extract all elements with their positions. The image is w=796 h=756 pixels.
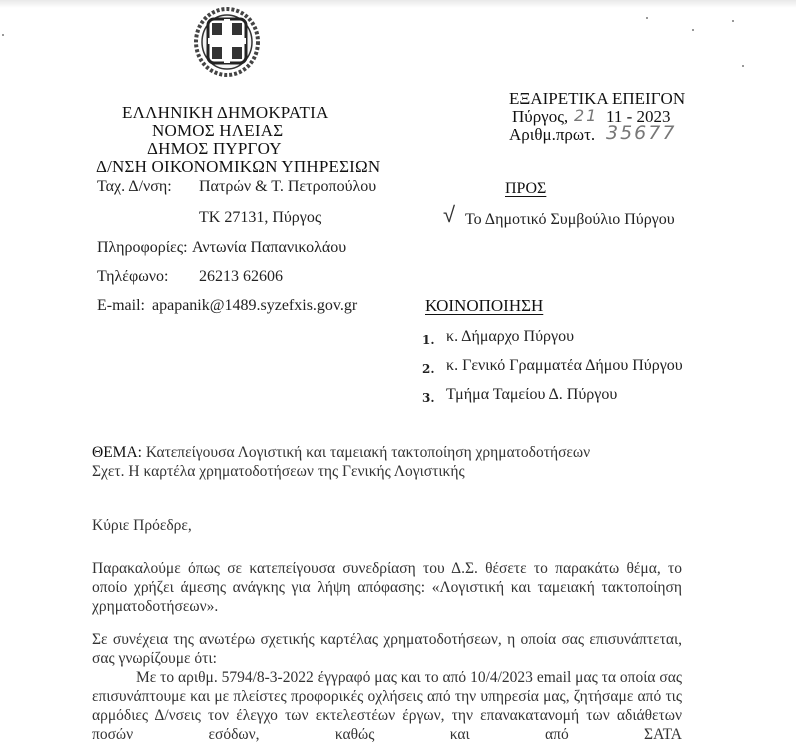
recipient-name: Το Δημοτικό Συμβούλιο Πύργου xyxy=(465,211,675,229)
cc-item-3-number: 3. xyxy=(422,391,435,405)
date-label: Πύργος, xyxy=(512,107,568,127)
address-value: Πατρών & Τ. Πετροπούλου xyxy=(199,178,376,196)
protocol-label: Αριθμ.πρωτ. xyxy=(509,125,595,145)
cc-item-2-number: 2. xyxy=(422,362,435,376)
scan-speck xyxy=(732,20,734,22)
letterhead-department: Δ/ΝΣΗ ΟΙΚΟΝΟΜΙΚΩΝ ΥΠΗΡΕΣΙΩΝ xyxy=(96,157,380,177)
letterhead-country: ΕΛΛΗΝΙΚΗ ΔΗΜΟΚΡΑΤΙΑ xyxy=(122,103,328,123)
cc-heading: ΚΟΙΝΟΠΟΙΗΣΗ xyxy=(425,296,543,316)
cc-item-1: κ. Δήμαρχο Πύργου xyxy=(446,328,574,346)
address-label: Ταχ. Δ/νση: xyxy=(97,178,172,196)
subject-text: Κατεπείγουσα Λογιστική και ταμειακή τακτ… xyxy=(146,444,590,461)
protocol-number-handwritten: 35677 xyxy=(606,122,676,144)
phone-value: 26213 62606 xyxy=(199,268,283,286)
postal-code: ΤΚ 27131, Πύργος xyxy=(199,209,321,227)
scan-speck xyxy=(646,17,648,19)
email-label: E-mail: xyxy=(97,297,145,315)
cc-item-1-number: 1. xyxy=(422,333,435,347)
recipient-heading: ΠΡΟΣ xyxy=(505,180,546,198)
scan-speck xyxy=(692,29,694,31)
subject-reference: Σχετ. Η καρτέλα χρηματοδοτήσεων της Γενι… xyxy=(92,462,465,481)
cc-item-2: κ. Γενικό Γραμματέα Δήμου Πύργου xyxy=(446,357,683,375)
paragraph-1: Παρακαλούμε όπως σε κατεπείγουσα συνεδρί… xyxy=(92,559,682,616)
greek-coat-of-arms-icon xyxy=(193,5,261,77)
info-value: Αντωνία Παπανικολάου xyxy=(192,239,346,257)
paragraph-2: Σε συνέχεια της ανωτέρω σχετικής καρτέλα… xyxy=(92,630,682,668)
scan-top-edge xyxy=(0,0,796,8)
paragraph-3: Με το αριθμ. 5794/8-3-2022 έγγραφό μας κ… xyxy=(92,668,682,744)
checkmark-icon: √ xyxy=(443,202,457,228)
cc-item-3: Τμήμα Ταμείου Δ. Πύργου xyxy=(446,386,617,404)
scan-speck xyxy=(2,34,4,36)
letterhead-prefecture: ΝΟΜΟΣ ΗΛΕΙΑΣ xyxy=(152,121,283,141)
date-day-handwritten: 21 xyxy=(574,106,598,125)
letterhead-municipality: ΔΗΜΟΣ ΠΥΡΓΟΥ xyxy=(147,139,282,159)
email-value[interactable]: apapanik@1489.syzefxis.gov.gr xyxy=(152,297,357,315)
salutation: Κύριε Πρόεδρε, xyxy=(92,516,192,535)
subject-line: ΘΕΜΑ: Κατεπείγουσα Λογιστική και ταμειακ… xyxy=(92,443,590,462)
phone-label: Τηλέφωνο: xyxy=(97,268,168,286)
scan-speck xyxy=(742,65,744,67)
subject-label: ΘΕΜΑ: xyxy=(92,444,142,461)
info-label: Πληροφορίες: xyxy=(97,239,188,257)
